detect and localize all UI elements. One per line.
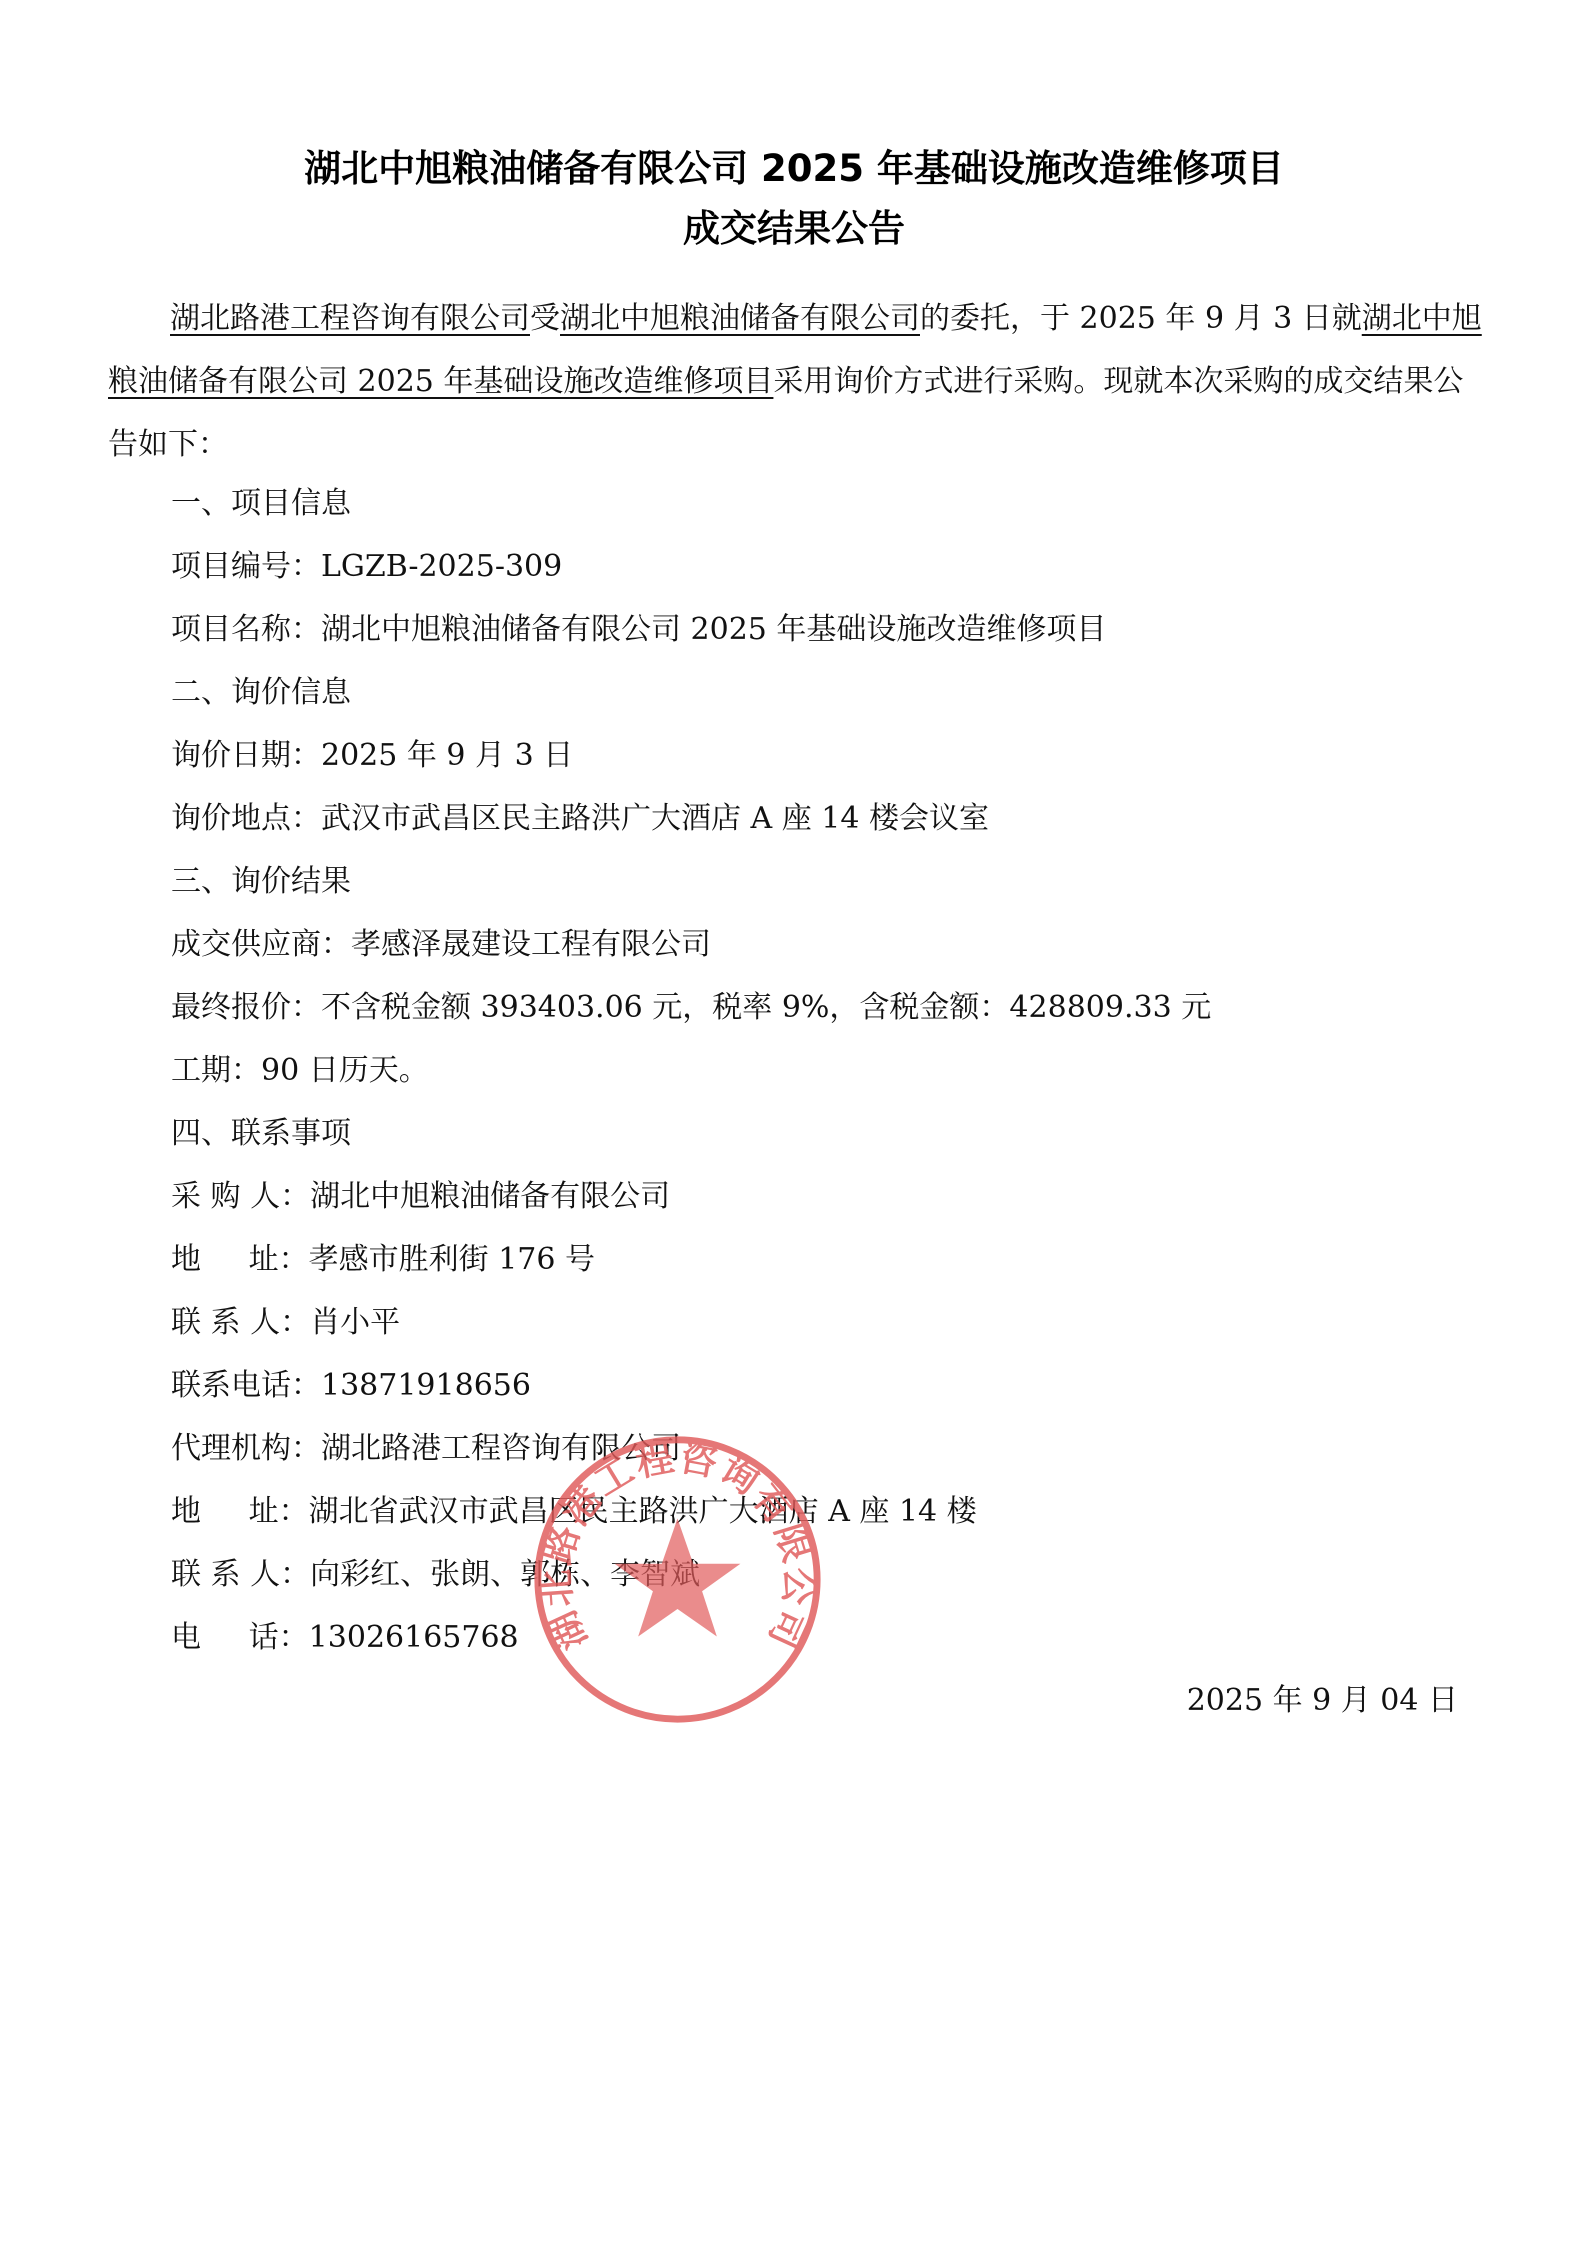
buyer: 采 购 人：湖北中旭粮油储备有限公司 <box>171 1177 670 1217</box>
document-title: 湖北中旭粮油储备有限公司 2025 年基础设施改造维修项目 <box>0 138 1588 192</box>
document-date: 2025 年 9 月 04 日 <box>1187 1675 1458 1719</box>
construction-period: 工期：90 日历天。 <box>171 1051 429 1091</box>
section-heading-inquiry-info: 二、询价信息 <box>171 673 351 713</box>
inquiry-date: 询价日期：2025 年 9 月 3 日 <box>171 736 573 776</box>
agent: 代理机构：湖北路港工程咨询有限公司 <box>171 1429 681 1469</box>
section-heading-contacts: 四、联系事项 <box>171 1114 351 1154</box>
buyer-phone: 联系电话：13871918656 <box>171 1366 531 1406</box>
document-subtitle: 成交结果公告 <box>0 198 1588 252</box>
project-name: 项目名称：湖北中旭粮油储备有限公司 2025 年基础设施改造维修项目 <box>171 610 1106 650</box>
intro-text-1: 受 <box>530 301 560 336</box>
agent-contacts: 联 系 人：向彩红、张朗、郭栋、李智斌 <box>171 1555 700 1595</box>
section-heading-inquiry-result: 三、询价结果 <box>171 862 351 902</box>
document-page: 湖北中旭粮油储备有限公司 2025 年基础设施改造维修项目 成交结果公告 湖北路… <box>0 0 1588 2244</box>
project-number: 项目编号：LGZB-2025-309 <box>171 547 562 587</box>
winning-supplier: 成交供应商：孝感泽晟建设工程有限公司 <box>171 925 711 965</box>
agent-address: 地 址：湖北省武汉市武昌区民主路洪广大酒店 A 座 14 楼 <box>171 1492 977 1532</box>
intro-text-2: 的委托，于 2025 年 9 月 3 日就 <box>920 301 1362 336</box>
intro-paragraph: 湖北路港工程咨询有限公司受湖北中旭粮油储备有限公司的委托，于 2025 年 9 … <box>108 287 1483 476</box>
buyer-contact: 联 系 人：肖小平 <box>171 1303 400 1343</box>
buyer-address: 地 址：孝感市胜利街 176 号 <box>171 1240 595 1280</box>
agent-phone: 电 话：13026165768 <box>171 1618 519 1658</box>
agency-name: 湖北路港工程咨询有限公司 <box>170 301 530 336</box>
purchaser-name: 湖北中旭粮油储备有限公司 <box>560 301 920 336</box>
final-price: 最终报价：不含税金额 393403.06 元，税率 9%，含税金额：428809… <box>171 988 1211 1028</box>
section-heading-project-info: 一、项目信息 <box>171 484 351 524</box>
inquiry-place: 询价地点：武汉市武昌区民主路洪广大酒店 A 座 14 楼会议室 <box>171 799 989 839</box>
